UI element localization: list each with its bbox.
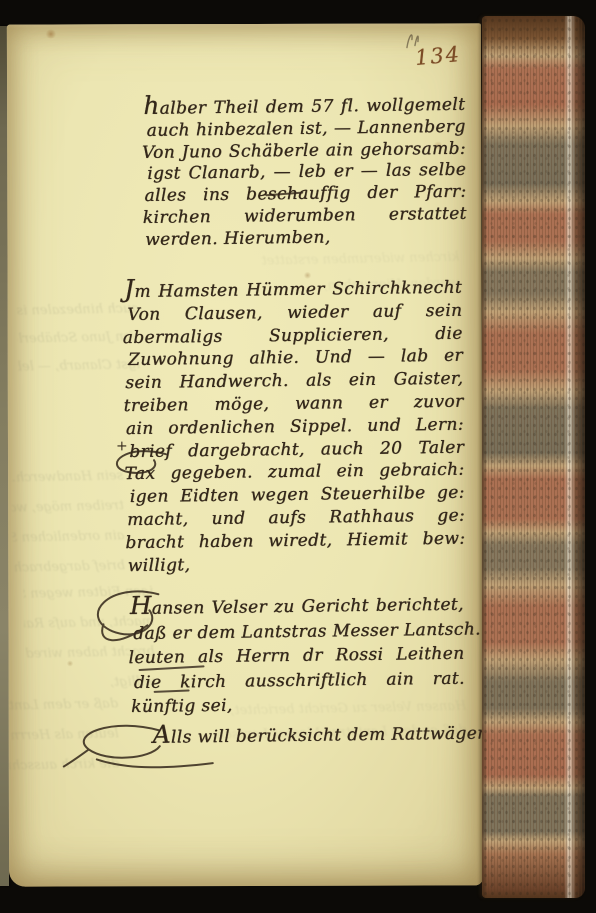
bleedthrough-text: sein Handwerch. als ein Gaister, treiben…	[11, 461, 125, 583]
bleedthrough-line: daß er dem Lantstras Messer Lantsch.	[8, 689, 119, 721]
folio-number: 134	[414, 41, 472, 70]
bleedthrough-line: die kirch ausschriftlich ain rat.	[9, 749, 120, 781]
bleedthrough-line: brief dargebracht, auch 20 Taler	[13, 551, 126, 583]
manuscript-line: willigt,	[128, 550, 466, 577]
paragraph-1: halber Theil dem 57 fl. wollgemelt auch …	[143, 91, 467, 252]
manuscript-line: bracht haben wiredt, Hiemit bew:	[125, 527, 465, 554]
manuscript-line: werden. Hierumben,	[145, 226, 467, 252]
bleedthrough-text: daß er dem Lantstras Messer Lantsch. leu…	[8, 689, 120, 781]
bleedthrough-line: sein Handwerch. als ein Gaister,	[11, 461, 124, 493]
bleedthrough-line: leuten als Herrn dr Rossi Leithen	[8, 719, 119, 751]
edge-sprinkle-texture	[482, 16, 585, 898]
paragraph-3: Hansen Velser zu Gericht berichtet, daß …	[130, 590, 466, 720]
closing-line: Alls will berücksicht dem Rattwägen	[153, 718, 461, 751]
bleedthrough-line: igst Clanarb, — leb er — las selbe	[18, 351, 141, 381]
manuscript-line: halber Theil dem 57 fl. wollgemelt	[143, 91, 465, 121]
bleedthrough-line: auch hinbezalen ist, — Lannenberg	[17, 295, 140, 325]
paragraph-2: Jm Hamsten Hümmer Schirchknecht Von Clau…	[124, 274, 466, 578]
manuscript-line: Hansen Velser zu Gericht berichtet,	[130, 590, 464, 622]
bleedthrough-line: Von Juno Schäberle ain gehorsamb:	[17, 323, 140, 353]
book-fore-edge	[482, 16, 585, 898]
manuscript-page: auch hinbezalen ist, — Lannenberg Von Ju…	[7, 23, 483, 886]
insertion-mark: +	[116, 438, 128, 454]
bleedthrough-line: ain ordenlichen Sippel. und Lern:	[12, 521, 125, 553]
bleedthrough-line: treiben möge, wann er zuvor	[12, 491, 125, 523]
paper-stain	[45, 29, 57, 38]
manuscript-line: kirchen widerumben erstattet	[143, 204, 467, 230]
manuscript-line: künftig sei,	[131, 691, 465, 720]
paper-stain	[67, 660, 74, 666]
manuscript-photo: auch hinbezalen ist, — Lannenberg Von Ju…	[0, 0, 596, 913]
manuscript-line: Alls will berücksicht dem Rattwägen	[153, 718, 461, 751]
